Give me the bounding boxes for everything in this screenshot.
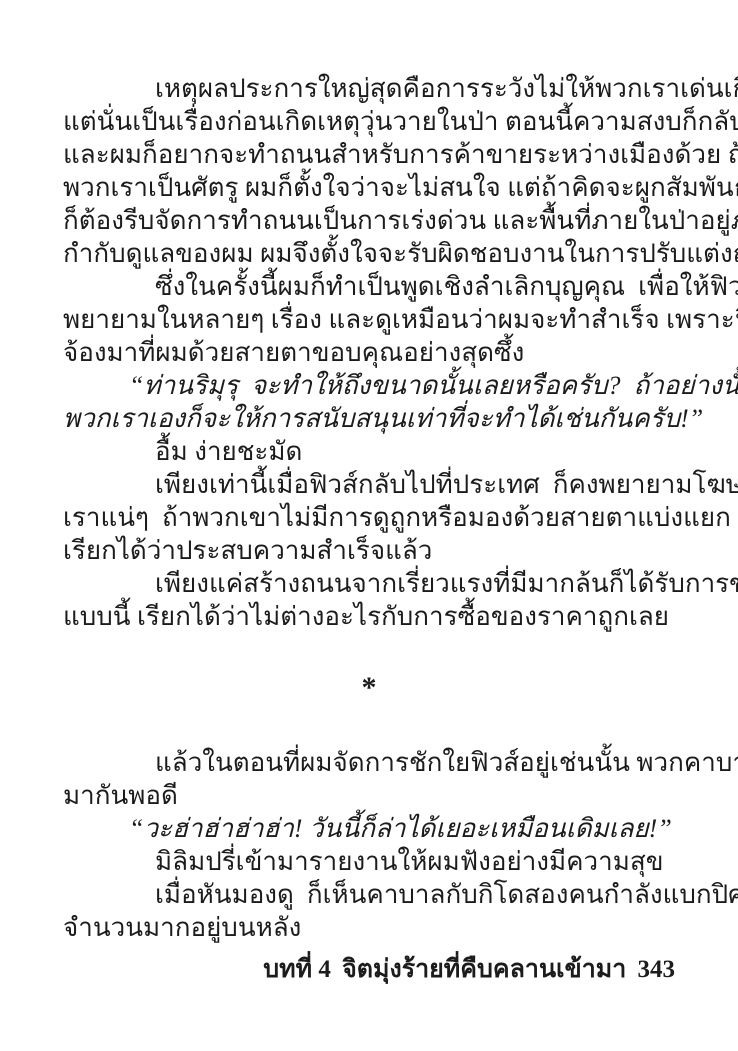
paragraph: เพียงเท่านี้เมื่อฟิวส์กลับไปที่ประเทศ ก็… [63,468,675,567]
paragraph: อื้ม ง่ายชะมัด [63,435,675,468]
text-line: จำนวนมากอยู่บนหลัง [63,911,675,944]
text-line: พวกเราเองก็จะให้การสนับสนุนเท่าที่จะทำได… [63,402,675,435]
text-line: ซึ่งในครั้งนี้ผมก็ทำเป็นพูดเชิงลำเลิกบุญ… [63,270,675,303]
text-line: แต่นั่นเป็นเรื่องก่อนเกิดเหตุวุ่นวายในป่… [63,105,675,138]
text-line: เมื่อหันมองดู ก็เห็นคาบาลกับกิโดสองคนกำล… [63,878,675,911]
text-line: เพียงแค่สร้างถนนจากเรี่ยวแรงที่มีมากล้นก… [63,567,675,600]
chapter-label: บทที่ 4 [263,956,331,983]
text-line: “วะฮ่าฮ่าฮ่าฮ่า! วันนี้ก็ล่าได้เยอะเหมือ… [63,812,675,845]
text-line: เรียกได้ว่าประสบความสำเร็จแล้ว [63,534,675,567]
paragraph: “วะฮ่าฮ่าฮ่าฮ่า! วันนี้ก็ล่าได้เยอะเหมือ… [63,812,675,845]
book-page: เหตุผลประการใหญ่สุดคือการระวังไม่ให้พวกเ… [0,0,738,1051]
text-line: พยายามในหลายๆ เรื่อง และดูเหมือนว่าผมจะท… [63,303,675,336]
paragraph: มิลิมปรี่เข้ามารายงานให้ผมฟังอย่างมีความ… [63,845,675,878]
text-line: แล้วในตอนที่ผมจัดการชักใยฟิวส์อยู่เช่นนั… [63,746,675,779]
text-line: เราแน่ๆ ถ้าพวกเขาไม่มีการดูถูกหรือมองด้ว… [63,501,675,534]
page-footer: บทที่ 4จิตมุ่งร้ายที่คืบคลานเข้ามา343 [63,953,675,986]
text-line: ก็ต้องรีบจัดการทำถนนเป็นการเร่งด่วน และพ… [63,204,675,237]
paragraph: เพียงแค่สร้างถนนจากเรี่ยวแรงที่มีมากล้นก… [63,567,675,633]
text-line: พวกเราเป็นศัตรู ผมก็ตั้งใจว่าจะไม่สนใจ แ… [63,171,675,204]
text-line: มิลิมปรี่เข้ามารายงานให้ผมฟังอย่างมีความ… [63,845,675,878]
body-text: เหตุผลประการใหญ่สุดคือการระวังไม่ให้พวกเ… [63,72,675,944]
paragraph: “ท่านริมุรุ จะทำให้ถึงขนาดนั้นเลยหรือครั… [63,369,675,435]
paragraph: ซึ่งในครั้งนี้ผมก็ทำเป็นพูดเชิงลำเลิกบุญ… [63,270,675,369]
paragraph: เหตุผลประการใหญ่สุดคือการระวังไม่ให้พวกเ… [63,72,675,270]
section-separator: * [63,633,675,746]
chapter-title: จิตมุ่งร้ายที่คืบคลานเข้ามา [342,956,626,983]
text-line: มากันพอดี [63,779,675,812]
text-line: เหตุผลประการใหญ่สุดคือการระวังไม่ให้พวกเ… [63,72,675,105]
text-line: กำกับดูแลของผม ผมจึงตั้งใจจะรับผิดชอบงาน… [63,237,675,270]
paragraph: แล้วในตอนที่ผมจัดการชักใยฟิวส์อยู่เช่นนั… [63,746,675,812]
text-line: แบบนี้ เรียกได้ว่าไม่ต่างอะไรกับการซื้อข… [63,600,675,633]
text-line: จ้องมาที่ผมด้วยสายตาขอบคุณอย่างสุดซึ้ง [63,336,675,369]
star-glyph: * [362,671,377,704]
text-line: อื้ม ง่ายชะมัด [63,435,675,468]
text-line: และผมก็อยากจะทำถนนสำหรับการค้าขายระหว่าง… [63,138,675,171]
text-line: เพียงเท่านี้เมื่อฟิวส์กลับไปที่ประเทศ ก็… [63,468,675,501]
text-line: “ท่านริมุรุ จะทำให้ถึงขนาดนั้นเลยหรือครั… [63,369,675,402]
paragraph: เมื่อหันมองดู ก็เห็นคาบาลกับกิโดสองคนกำล… [63,878,675,944]
page-number: 343 [638,956,676,983]
